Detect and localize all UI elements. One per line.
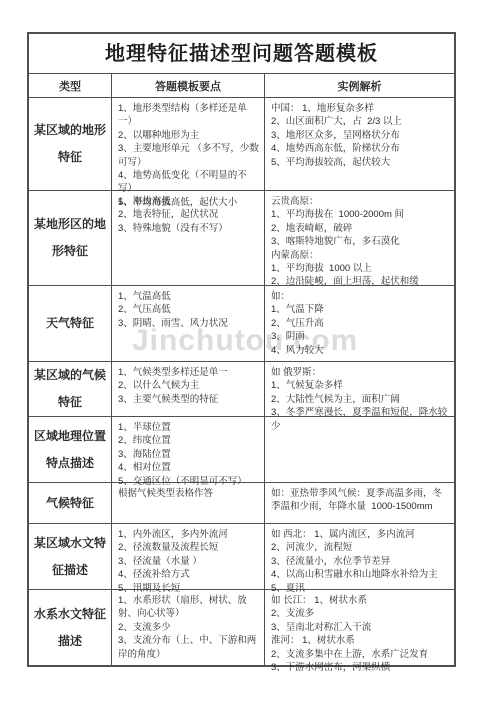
example-cell: 如：1、气温下降2、气压升高3、阴雨4、风力较大 [265,286,454,361]
type-cell: 某区域的地形特征 [29,98,112,190]
text-line: 2、大陆性气候为主，面积广阔 [271,393,449,406]
points-cell: 1、海拔高低2、地表特征，起伏状况3、特殊地貌（没有不写） [112,191,265,285]
text-line: 水系水文特征 [34,601,106,628]
text-line: 4、风力较大 [271,344,449,357]
header-cell-template-points: 答题模板要点 [112,74,265,97]
text-line: 3、海陆位置 [118,448,259,461]
text-line: 2、地表崎岖，破碎 [271,222,449,235]
text-line: 某区域的气候 [34,362,106,389]
text-line: 3、阴雨 [271,330,449,343]
text-line: 1、半球位置 [118,421,259,434]
example-cell: 如：亚热带季风气候：夏季高温多雨，冬季温和少雨，年降水量 1000-1500mm [265,483,454,523]
type-cell: 某地形区的地形特征 [29,191,112,285]
text-line: 1、海拔高低 [118,195,259,208]
text-line: 3、径流量小，水位季节差异 [271,555,449,568]
text-line: 区域地理位置 [34,423,106,450]
text-line: 如： [271,290,449,303]
text-line: 气候特征 [46,490,94,517]
text-line: 中国： 1、地形复杂多样 [271,102,449,115]
text-line: 3、喀斯特地貌广布，多石漠化 [271,235,449,248]
points-cell: 根据气候类型表格作答 [112,483,265,523]
document-page: Jinchutou.com 地理特征描述型问题答题模板 类型 答题模板要点 实例… [0,0,500,708]
example-cell: 如 西北： 1、属内流区，多内流河2、河流少，流程短3、径流量小，水位季节差异4… [265,524,454,589]
text-line: 1、平均海拔 1000 以上 [271,262,449,275]
text-line: 特征 [58,144,82,171]
text-line: 4、相对位置 [118,461,259,474]
text-line: 4、径流补给方式 [118,568,259,581]
text-line: 3、特殊地貌（没有不写） [118,222,259,235]
answer-template-table: 地理特征描述型问题答题模板 类型 答题模板要点 实例解析 某区域的地形特征1、地… [27,32,456,667]
header-cell-type: 类型 [29,74,112,97]
text-line: 3、支流分布（上、中、下游和两岸的角度） [118,634,259,661]
text-line: 特点描述 [46,450,94,477]
text-line: 1、气温下降 [271,303,449,316]
text-line: 2、支流多 [271,607,449,620]
text-line: 如：亚热带季风气候：夏季高温多雨，冬季温和少雨，年降水量 1000-1500mm [271,487,449,514]
text-line: 2、气压高低 [118,303,259,316]
text-line: 2、以哪种地形为主 [118,129,259,142]
text-line: 2、气压升高 [271,317,449,330]
text-line: 特征 [58,389,82,416]
points-cell: 1、水系形状（扇形、树状、放射、向心状等）2、支流多少3、支流分布（上、中、下游… [112,590,265,665]
text-line: 2、径流数量及流程长短 [118,541,259,554]
text-line: 1、气温高低 [118,290,259,303]
text-line: 5、平均海拔较高，起伏较大 [271,156,449,169]
table-row: 某地形区的地形特征1、海拔高低2、地表特征，起伏状况3、特殊地貌（没有不写）云贵… [29,191,454,286]
example-cell: 如 长江： 1、树状水系2、支流多3、呈南北对称汇入干流淮河： 1、树状水系2、… [265,590,454,665]
points-cell: 1、半球位置2、纬度位置3、海陆位置4、相对位置5、交通区位（不明显可不写） [112,417,265,482]
example-cell: 中国： 1、地形复杂多样2、山区面积广大，占 2/3 以上3、地形区众多，呈网格… [265,98,454,190]
text-line: 3、阴晴、雨雪、风力状况 [118,317,259,330]
text-line: 1、气候类型多样还是单一 [118,366,259,379]
text-line: 征描述 [52,557,88,584]
text-line: 3、主要地形单元 （多不写，少数可写） [118,142,259,169]
text-line: 1、气候复杂多样 [271,379,449,392]
text-line: 4、地势西高东低，阶梯状分布 [271,142,449,155]
table-row: 某区域的气候特征1、气候类型多样还是单一2、以什么气候为主3、主要气候类型的特征… [29,362,454,417]
table-row: 天气特征1、气温高低2、气压高低3、阴晴、雨雪、风力状况如：1、气温下降2、气压… [29,286,454,362]
text-line: 2、支流多少 [118,621,259,634]
type-cell: 天气特征 [29,286,112,361]
type-cell: 区域地理位置特点描述 [29,417,112,482]
type-cell: 某区域的气候特征 [29,362,112,416]
text-line: 2、以什么气候为主 [118,379,259,392]
text-line: 3、呈南北对称汇入干流 [271,621,449,634]
header-cell-example-analysis: 实例解析 [265,74,454,97]
text-line: 1、内外流区，多内外流河 [118,528,259,541]
text-line: 如 西北： 1、属内流区，多内流河 [271,528,449,541]
text-line: 3、径流量（水量 ） [118,555,259,568]
text-line: 某地形区的地 [34,211,106,238]
text-line: 2、纬度位置 [118,434,259,447]
text-line: 如 长江： 1、树状水系 [271,594,449,607]
text-line: 某区域水文特 [34,530,106,557]
text-line: 根据气候类型表格作答 [118,487,259,500]
text-line: 2、支流多集中在上游，水系广泛发育 [271,648,449,661]
text-line: 4、以高山积雪融水和山地降水补给为主 [271,568,449,581]
text-line: 淮河： 1、树状水系 [271,634,449,647]
text-line: 形特征 [52,238,88,265]
text-line: 天气特征 [46,310,94,337]
table-row: 某区域水文特征描述1、内外流区，多内外流河2、径流数量及流程长短3、径流量（水量… [29,524,454,590]
text-line: 1、平均海拔在 1000-2000m 间 [271,208,449,221]
text-line: 2、地表特征，起伏状况 [118,208,259,221]
text-line: 3、地形区众多，呈网格状分布 [271,129,449,142]
table-row: 气候特征根据气候类型表格作答如：亚热带季风气候：夏季高温多雨，冬季温和少雨，年降… [29,483,454,524]
text-line: 描述 [58,628,82,655]
text-line: 如 俄罗斯： [271,366,449,379]
table-row: 水系水文特征描述1、水系形状（扇形、树状、放射、向心状等）2、支流多少3、支流分… [29,590,454,665]
text-line: 2、山区面积广大，占 2/3 以上 [271,115,449,128]
text-line: 2、河流少，流程短 [271,541,449,554]
type-cell: 某区域水文特征描述 [29,524,112,589]
example-cell: 如 俄罗斯：1、气候复杂多样2、大陆性气候为主，面积广阔3、冬季严寒漫长，夏季温… [265,362,454,416]
text-line: 某区域的地形 [34,117,106,144]
text-line: 1、地形类型结构（多样还是单一） [118,102,259,129]
example-cell: 云贵高原：1、平均海拔在 1000-2000m 间2、地表崎岖，破碎3、喀斯特地… [265,191,454,285]
text-line: 1、水系形状（扇形、树状、放射、向心状等） [118,594,259,621]
text-line: 内蒙高原： [271,249,449,262]
table-row: 某区域的地形特征1、地形类型结构（多样还是单一）2、以哪种地形为主3、主要地形单… [29,98,454,191]
type-cell: 气候特征 [29,483,112,523]
type-cell: 水系水文特征描述 [29,590,112,665]
text-line: 云贵高原： [271,195,449,208]
table-header-row: 类型 答题模板要点 实例解析 [29,74,454,98]
text-line: 3、主要气候类型的特征 [118,393,259,406]
points-cell: 1、内外流区，多内外流河2、径流数量及流程长短3、径流量（水量 ）4、径流补给方… [112,524,265,589]
points-cell: 1、气候类型多样还是单一2、以什么气候为主3、主要气候类型的特征 [112,362,265,416]
text-line: 3、下游水网密布，河渠纵横 [271,661,449,674]
points-cell: 1、地形类型结构（多样还是单一）2、以哪种地形为主3、主要地形单元 （多不写，少… [112,98,265,190]
table-row: 区域地理位置特点描述1、半球位置2、纬度位置3、海陆位置4、相对位置5、交通区位… [29,417,454,483]
table-title: 地理特征描述型问题答题模板 [29,34,454,74]
table-body: 某区域的地形特征1、地形类型结构（多样还是单一）2、以哪种地形为主3、主要地形单… [29,98,454,665]
example-cell [265,417,454,482]
points-cell: 1、气温高低2、气压高低3、阴晴、雨雪、风力状况 [112,286,265,361]
